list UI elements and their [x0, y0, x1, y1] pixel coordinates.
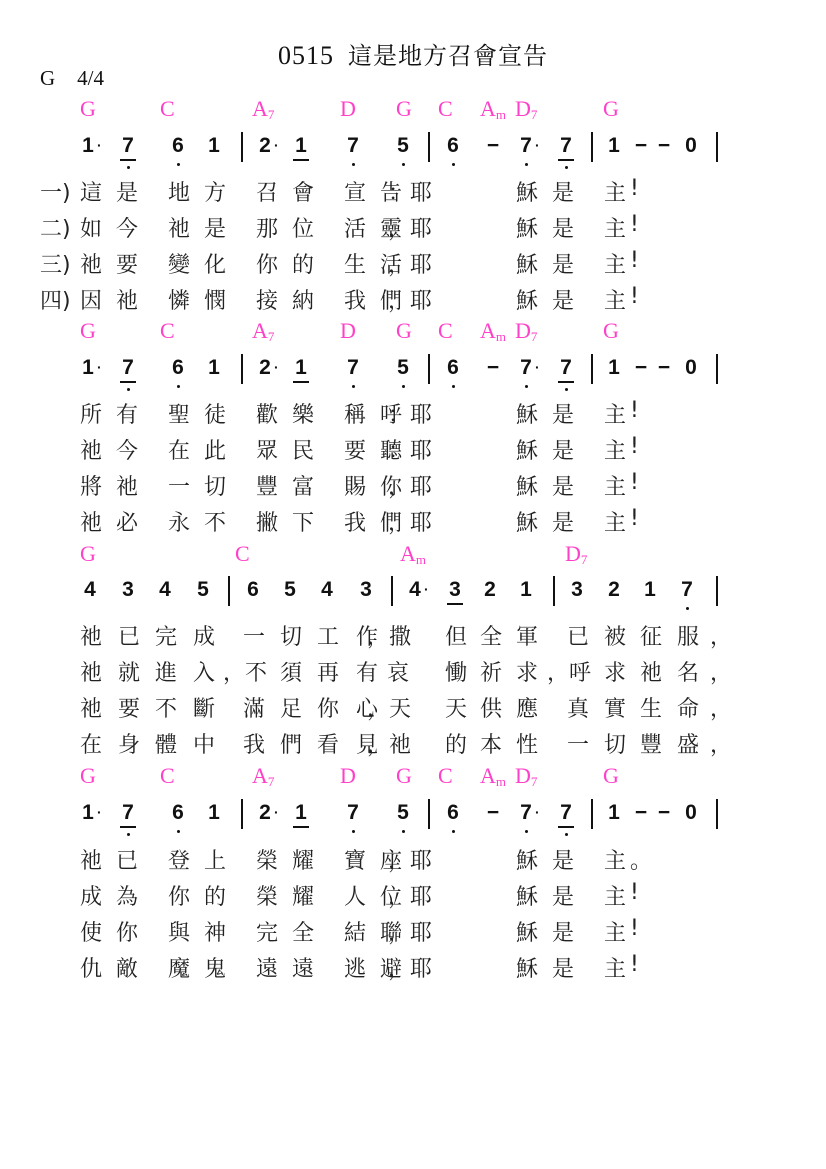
lyric-char: ，: [710, 656, 732, 687]
lyric-char: ，祂: [367, 728, 411, 759]
lyric-char: 會: [292, 176, 314, 207]
lyric-char: 看: [317, 728, 339, 759]
lyric-char: 。: [630, 844, 652, 875]
lyric-char: 逃: [344, 952, 366, 983]
eighth-underline: [293, 159, 309, 161]
low-octave-dot: [686, 607, 689, 610]
lyric-char: 接: [256, 284, 278, 315]
note-digit: 1: [295, 134, 307, 157]
low-octave-dot: [177, 830, 180, 833]
chord-root: C: [160, 96, 175, 121]
note-digit: 1: [208, 356, 220, 379]
lyric-char: ：耶: [388, 176, 432, 207]
lyric-char: 有: [116, 398, 138, 429]
note: 7: [556, 134, 576, 158]
lyric-char: ，耶: [388, 916, 432, 947]
lyric-char: 祂: [116, 470, 138, 501]
low-octave-dot: [402, 163, 405, 166]
lyric-char: ，耶: [388, 212, 432, 243]
verse-number: 一): [40, 176, 71, 207]
chord-quality: 7: [268, 107, 275, 122]
low-octave-dot: [352, 830, 355, 833]
rest-dash: −: [631, 801, 651, 825]
lyric-char: 是: [552, 434, 574, 465]
lyric-char: 已: [116, 844, 138, 875]
lyric-char: !: [630, 952, 639, 977]
chord-symbol: G: [396, 318, 412, 344]
lyric-char: 今: [116, 434, 138, 465]
lyric-char: ，耶: [388, 284, 432, 315]
note-digit: 7: [560, 801, 572, 824]
chord-quality: m: [496, 774, 506, 789]
lyric-char: ，撒: [367, 620, 411, 651]
low-octave-dot: [525, 163, 528, 166]
note: 7: [118, 801, 138, 825]
lyric-char: 穌: [516, 844, 538, 875]
lyric-char: 我: [243, 728, 265, 759]
chord-symbol: D7: [515, 318, 537, 345]
note-digit: 7: [122, 134, 134, 157]
lyric-char: 一: [243, 620, 265, 651]
note: 2: [255, 801, 275, 825]
note: 2: [255, 356, 275, 380]
note-digit: 6: [447, 356, 459, 379]
lyric-char: 上: [204, 844, 226, 875]
note-digit: 2: [608, 578, 620, 601]
augmentation-dot: ·: [97, 359, 102, 375]
barline: [716, 132, 718, 162]
lyric-char: 你: [116, 916, 138, 947]
eighth-underline: [120, 826, 136, 828]
lyric-char: 穌: [516, 284, 538, 315]
note: 1: [516, 578, 536, 602]
lyric-char: 是: [552, 176, 574, 207]
low-octave-dot: [177, 163, 180, 166]
lyric-char: 供: [480, 692, 502, 723]
eighth-underline: [120, 159, 136, 161]
note: 0: [681, 134, 701, 158]
chord-root: D: [565, 541, 581, 566]
note: 3: [356, 578, 376, 602]
chord-root: C: [438, 96, 453, 121]
low-octave-dot: [565, 833, 568, 836]
note: 5: [193, 578, 213, 602]
lyric-char: 中: [193, 728, 215, 759]
note-digit: 1: [608, 134, 620, 157]
low-octave-dot: [452, 385, 455, 388]
lyric-char: 永: [168, 506, 190, 537]
low-octave-dot: [525, 830, 528, 833]
lyric-char: 耀: [292, 844, 314, 875]
lyric-char: !: [630, 284, 639, 309]
note-digit: −: [635, 801, 647, 824]
chord-symbol: Am: [480, 96, 506, 123]
verse-number: 四): [40, 284, 71, 315]
lyric-char: 穌: [516, 398, 538, 429]
lyric-char: 已: [567, 620, 589, 651]
chord-root: G: [396, 763, 412, 788]
chord-quality: 7: [581, 552, 588, 567]
lyric-char: !: [630, 880, 639, 905]
chord-quality: m: [496, 107, 506, 122]
lyric-char: ，耶: [388, 506, 432, 537]
lyric-char: 真: [567, 692, 589, 723]
lyric-char: 與: [168, 916, 190, 947]
chord-root: C: [235, 541, 250, 566]
note-digit: 4: [321, 578, 333, 601]
lyric-char: 入: [193, 656, 215, 687]
lyric-char: 化: [204, 248, 226, 279]
lyric-char: 是: [552, 916, 574, 947]
chord-root: A: [480, 763, 496, 788]
lyric-char: 鬼: [204, 952, 226, 983]
chord-root: D: [515, 763, 531, 788]
chord-symbol: D7: [515, 96, 537, 123]
hymn-number: 0515: [278, 41, 334, 70]
lyric-char: 穌: [516, 880, 538, 911]
lyric-char: 是: [552, 506, 574, 537]
lyric-char: 滿: [243, 692, 265, 723]
lyric-char: 撇: [256, 506, 278, 537]
lyric-char: 盛: [677, 728, 699, 759]
lyric-char: 主: [604, 916, 626, 947]
note-digit: 7: [347, 801, 359, 824]
lyric-char: 是: [552, 844, 574, 875]
note-digit: 7: [520, 134, 532, 157]
lyric-char: 我: [344, 506, 366, 537]
note-digit: 2: [259, 356, 271, 379]
chord-symbol: C: [438, 763, 453, 789]
chord-root: A: [480, 96, 496, 121]
note-digit: 1: [82, 134, 94, 157]
note: 3: [445, 578, 465, 602]
chord-root: C: [160, 763, 175, 788]
chord-root: G: [80, 541, 96, 566]
eighth-underline: [293, 826, 309, 828]
note-digit: 4: [159, 578, 171, 601]
lyric-char: 榮: [256, 880, 278, 911]
lyric-char: 憫: [204, 284, 226, 315]
note-digit: 7: [347, 134, 359, 157]
lyric-char: 穌: [516, 470, 538, 501]
lyric-char: 宣: [344, 176, 366, 207]
lyric-char: 變: [168, 248, 190, 279]
lyric-char: 所: [80, 398, 102, 429]
barline: [591, 799, 593, 829]
note: 6: [168, 356, 188, 380]
note: 4: [317, 578, 337, 602]
chord-symbol: G: [603, 763, 619, 789]
chord-symbol: G: [603, 96, 619, 122]
lyric-char: 主: [604, 434, 626, 465]
note-digit: 4: [84, 578, 96, 601]
key-signature: G4/4: [40, 66, 104, 91]
lyric-char: 的: [204, 880, 226, 911]
barline: [228, 576, 230, 606]
lyric-char: 是: [552, 398, 574, 429]
note-digit: 7: [122, 356, 134, 379]
barline: [391, 576, 393, 606]
lyric-char: !: [630, 434, 639, 459]
lyric-char: 耀: [292, 880, 314, 911]
chord-quality: 7: [531, 774, 538, 789]
lyric-char: 主: [604, 506, 626, 537]
lyric-char: 須: [280, 656, 302, 687]
lyric-char: 全: [292, 916, 314, 947]
lyric-char: 祂: [640, 656, 662, 687]
note-digit: 7: [347, 356, 359, 379]
lyric-char: 主: [604, 470, 626, 501]
note-digit: 1: [82, 801, 94, 824]
note-digit: 7: [520, 801, 532, 824]
time-signature: 4/4: [77, 66, 104, 90]
note: 7: [343, 801, 363, 825]
lyric-char: 仇: [80, 952, 102, 983]
note-digit: 3: [360, 578, 372, 601]
lyric-char: 是: [552, 284, 574, 315]
note: 4: [405, 578, 425, 602]
note-digit: 7: [122, 801, 134, 824]
lyric-char: 在: [80, 728, 102, 759]
chord-root: D: [340, 96, 356, 121]
chord-root: D: [515, 96, 531, 121]
note-digit: 6: [447, 801, 459, 824]
lyric-char: 遠: [256, 952, 278, 983]
lyric-char: 活: [344, 212, 366, 243]
chord-root: C: [160, 318, 175, 343]
low-octave-dot: [452, 830, 455, 833]
lyric-char: 命: [677, 692, 699, 723]
lyric-char: 成: [80, 880, 102, 911]
lyric-char: 要: [118, 692, 140, 723]
note: 1: [78, 134, 98, 158]
chord-symbol: A7: [252, 96, 274, 123]
lyric-char: 們: [280, 728, 302, 759]
lyric-char: ，耶: [388, 952, 432, 983]
note: 2: [480, 578, 500, 602]
lyric-char: 服: [677, 620, 699, 651]
note: 3: [567, 578, 587, 602]
low-octave-dot: [402, 385, 405, 388]
lyric-char: 軍: [516, 620, 538, 651]
note: 7: [343, 356, 363, 380]
lyric-char: 生: [344, 248, 366, 279]
lyric-char: 身: [118, 728, 140, 759]
lyric-char: 應: [516, 692, 538, 723]
lyric-char: 已: [118, 620, 140, 651]
lyric-char: 一: [168, 470, 190, 501]
lyric-char: !: [630, 470, 639, 495]
note-digit: −: [487, 801, 499, 824]
lyric-char: 是: [552, 470, 574, 501]
chord-symbol: G: [80, 541, 96, 567]
lyric-char: 祂: [80, 692, 102, 723]
lyric-char: 主: [604, 398, 626, 429]
lyric-char: 聖: [168, 398, 190, 429]
lyric-char: 穌: [516, 916, 538, 947]
note-digit: 7: [560, 356, 572, 379]
note-digit: −: [658, 801, 670, 824]
barline: [716, 576, 718, 606]
lyric-char: 要: [116, 248, 138, 279]
lyric-char: 穌: [516, 506, 538, 537]
lyric-char: 穌: [516, 952, 538, 983]
note: 7: [556, 801, 576, 825]
chord-root: G: [603, 763, 619, 788]
lyric-char: 是: [552, 212, 574, 243]
low-octave-dot: [565, 388, 568, 391]
chord-root: D: [515, 318, 531, 343]
note: 5: [393, 801, 413, 825]
rest-dash: −: [631, 134, 651, 158]
note-digit: 5: [284, 578, 296, 601]
lyric-char: ，: [710, 728, 732, 759]
chord-symbol: G: [80, 96, 96, 122]
lyric-char: 不: [155, 692, 177, 723]
note-digit: 3: [449, 578, 461, 601]
eighth-underline: [558, 381, 574, 383]
rest-dash: −: [483, 356, 503, 380]
chord-symbol: A7: [252, 318, 274, 345]
chord-symbol: G: [80, 763, 96, 789]
chord-symbol: D: [340, 96, 356, 122]
note: 7: [516, 134, 536, 158]
augmentation-dot: ·: [274, 804, 279, 820]
lyric-char: 是: [116, 176, 138, 207]
lyric-char: 登: [168, 844, 190, 875]
note: 1: [640, 578, 660, 602]
note-digit: 1: [82, 356, 94, 379]
note: 7: [118, 356, 138, 380]
barline: [428, 354, 430, 384]
lyric-char: ，耶: [388, 844, 432, 875]
chord-symbol: D: [340, 318, 356, 344]
note: 5: [393, 356, 413, 380]
barline: [428, 799, 430, 829]
note-digit: 6: [172, 801, 184, 824]
lyric-char: 名: [677, 656, 699, 687]
note: 7: [556, 356, 576, 380]
note: 6: [168, 134, 188, 158]
lyric-char: 下: [292, 506, 314, 537]
lyric-char: 使: [80, 916, 102, 947]
note: 1: [604, 134, 624, 158]
lyric-char: 位: [292, 212, 314, 243]
note: 3: [118, 578, 138, 602]
lyric-char: !: [630, 212, 639, 237]
chord-symbol: G: [603, 318, 619, 344]
augmentation-dot: ·: [274, 137, 279, 153]
lyric-char: ，耶: [388, 248, 432, 279]
low-octave-dot: [352, 385, 355, 388]
lyric-char: 實: [604, 692, 626, 723]
chord-root: A: [400, 541, 416, 566]
lyric-char: ：耶: [388, 434, 432, 465]
lyric-char: 是: [552, 248, 574, 279]
lyric-char: 是: [552, 952, 574, 983]
chord-symbol: D: [340, 763, 356, 789]
note-digit: −: [635, 356, 647, 379]
eighth-underline: [447, 603, 463, 605]
lyric-char: 天: [445, 692, 467, 723]
low-octave-dot: [127, 833, 130, 836]
note-digit: 2: [259, 134, 271, 157]
barline: [716, 799, 718, 829]
barline: [591, 354, 593, 384]
augmentation-dot: ·: [274, 359, 279, 375]
note-digit: −: [635, 134, 647, 157]
lyric-char: 足: [280, 692, 302, 723]
lyric-char: 魔: [168, 952, 190, 983]
note: 5: [393, 134, 413, 158]
lyric-char: 樂: [292, 398, 314, 429]
chord-root: A: [252, 763, 268, 788]
lyric-char: 我: [344, 284, 366, 315]
lyric-char: 的: [445, 728, 467, 759]
lyric-char: 榮: [256, 844, 278, 875]
chord-root: D: [340, 318, 356, 343]
lyric-char: 主: [604, 880, 626, 911]
chord-symbol: Am: [480, 318, 506, 345]
lyric-char: 主: [604, 212, 626, 243]
barline: [591, 132, 593, 162]
low-octave-dot: [525, 385, 528, 388]
lyric-char: 祂: [80, 248, 102, 279]
rest-dash: −: [483, 801, 503, 825]
low-octave-dot: [127, 166, 130, 169]
barline: [428, 132, 430, 162]
lyric-char: 要: [344, 434, 366, 465]
lyric-char: 豐: [256, 470, 278, 501]
note: 4: [155, 578, 175, 602]
note: 1: [78, 356, 98, 380]
lyric-char: 成: [193, 620, 215, 651]
note: 0: [681, 801, 701, 825]
note: 1: [604, 356, 624, 380]
lyric-char: 切: [280, 620, 302, 651]
eighth-underline: [293, 381, 309, 383]
note-digit: 6: [247, 578, 259, 601]
lyric-char: 穌: [516, 212, 538, 243]
barline: [553, 576, 555, 606]
chord-root: D: [340, 763, 356, 788]
page-title: 0515這是地方召會宣告: [0, 36, 826, 71]
lyric-char: 今: [116, 212, 138, 243]
lyric-char: ，天: [367, 692, 411, 723]
verse-number: 三): [40, 248, 71, 279]
lyric-char: 祂: [116, 284, 138, 315]
note-digit: 1: [520, 578, 532, 601]
lyric-char: 進: [155, 656, 177, 687]
lyric-char: 遠: [292, 952, 314, 983]
lyric-char: 祈: [480, 656, 502, 687]
lyric-char: !: [630, 916, 639, 941]
lyric-char: !: [630, 506, 639, 531]
lyric-char: 切: [604, 728, 626, 759]
rest-dash: −: [654, 356, 674, 380]
chord-root: G: [396, 318, 412, 343]
note-digit: −: [487, 134, 499, 157]
eighth-underline: [558, 159, 574, 161]
chord-root: G: [603, 96, 619, 121]
chord-symbol: G: [396, 763, 412, 789]
lyric-char: 求: [604, 656, 626, 687]
barline: [241, 354, 243, 384]
note: 1: [204, 801, 224, 825]
lyric-char: 哀: [387, 656, 409, 687]
note-digit: 0: [685, 134, 697, 157]
chord-symbol: C: [235, 541, 250, 567]
